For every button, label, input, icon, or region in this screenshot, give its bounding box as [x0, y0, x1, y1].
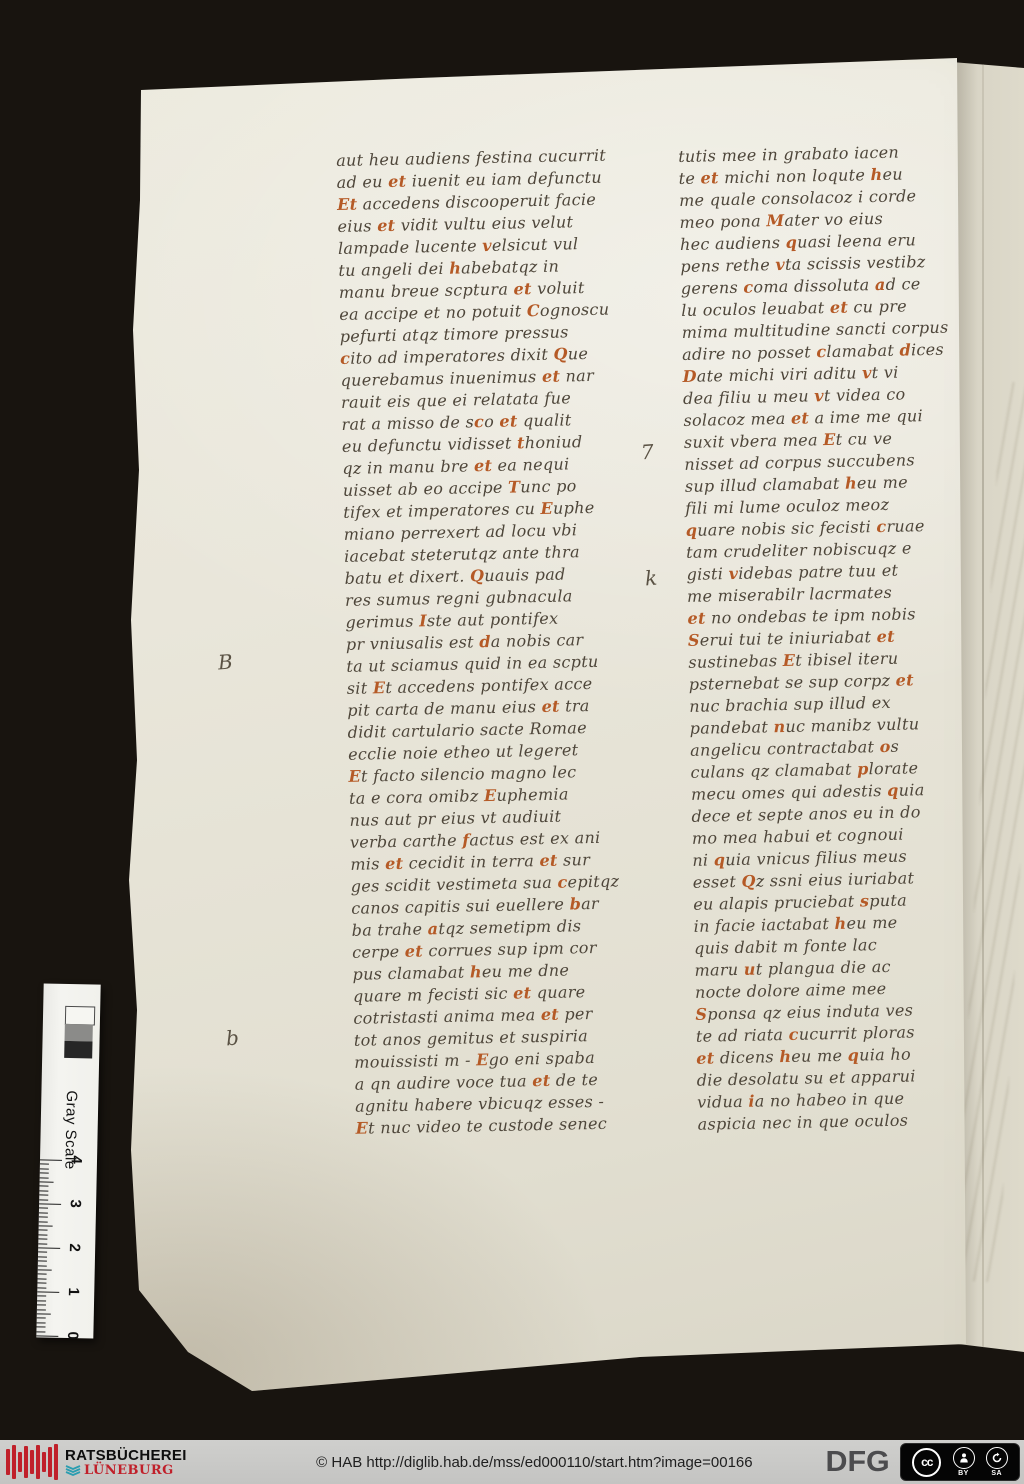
cc-sa-arrow-icon: [986, 1447, 1008, 1469]
black-swatch: [64, 1041, 92, 1059]
ruler-number: 1: [65, 1287, 82, 1296]
footer-bar: RATSBÜCHEREI LÜNEBURG © HAB http://digli…: [0, 1440, 1024, 1484]
bleed-through-text: [954, 381, 1024, 1282]
margin-mark: k: [644, 566, 658, 591]
ruler-number: 4: [68, 1155, 85, 1164]
gray-scale-ruler: Gray Scale 43210: [36, 983, 100, 1338]
ruler-number: 2: [66, 1243, 83, 1252]
manuscript-line: aspicia nec in que oculos: [697, 1108, 997, 1136]
manuscript-page: aut heu audiens festina cucurritad eu et…: [0, 0, 1024, 1484]
cc-by-person-icon: [953, 1447, 975, 1469]
cc-sa-label: SA: [991, 1470, 1002, 1477]
cc-license-badge: cc BY SA: [900, 1443, 1020, 1481]
attribution-text: © HAB http://diglib.hab.de/mss/ed000110/…: [242, 1454, 827, 1471]
library-name: RATSBÜCHEREI: [65, 1448, 187, 1463]
white-swatch: [65, 1006, 95, 1026]
right-column: tutis mee in grabato iacente et michi no…: [678, 140, 998, 1136]
dfg-logo: DFG: [825, 1446, 889, 1479]
ruler-number: 0: [64, 1331, 81, 1340]
ruler-scale: 43210: [44, 983, 101, 984]
margin-mark: b: [225, 1026, 239, 1051]
margin-mark: B: [217, 650, 233, 675]
cc-by-label: BY: [958, 1470, 969, 1477]
ruler-number: 3: [67, 1199, 84, 1208]
pages-chevron-icon: [65, 1464, 81, 1477]
library-bars-icon: [6, 1442, 58, 1482]
margin-mark: 7: [640, 440, 654, 465]
gray-swatch: [65, 1024, 93, 1042]
left-column: aut heu audiens festina cucurritad eu et…: [336, 144, 668, 1140]
cc-icon: cc: [912, 1448, 941, 1477]
library-city: LÜNEBURG: [84, 1464, 174, 1477]
library-logo: RATSBÜCHEREI LÜNEBURG: [0, 1442, 242, 1482]
digitized-manuscript-view: aut heu audiens festina cucurritad eu et…: [0, 0, 1024, 1484]
